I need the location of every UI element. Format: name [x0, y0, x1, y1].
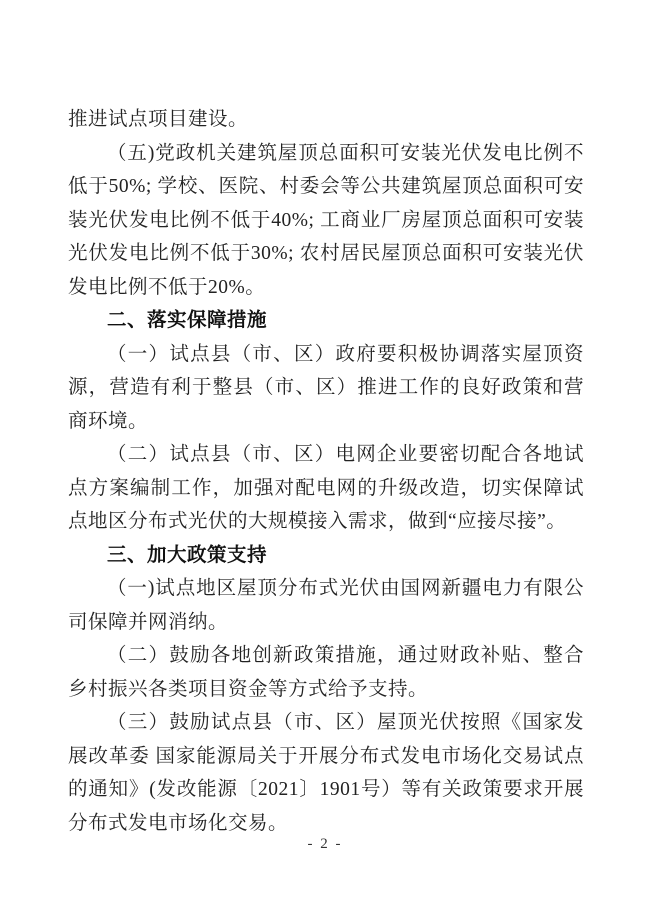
section-heading: 二、落实保障措施 — [68, 304, 584, 338]
paragraph: （一)试点地区屋顶分布式光伏由国网新疆电力有限公司保障并网消纳。 — [68, 572, 584, 639]
page-number: - 2 - — [0, 836, 650, 853]
paragraph: （一）试点县（市、区）政府要积极协调落实屋顶资源，营造有利于整县（市、区）推进工… — [68, 338, 584, 439]
paragraph: （二）试点县（市、区）电网企业要密切配合各地试点方案编制工作，加强对配电网的升级… — [68, 438, 584, 539]
paragraph: （二）鼓励各地创新政策措施，通过财政补贴、整合乡村振兴各类项目资金等方式给予支持… — [68, 639, 584, 706]
document-body: 推进试点项目建设。 （五)党政机关建筑屋顶总面积可安装光伏发电比例不低于50%;… — [68, 103, 584, 840]
document-page: 推进试点项目建设。 （五)党政机关建筑屋顶总面积可安装光伏发电比例不低于50%;… — [0, 0, 650, 919]
paragraph: （五)党政机关建筑屋顶总面积可安装光伏发电比例不低于50%; 学校、医院、村委会… — [68, 137, 584, 305]
paragraph: （三）鼓励试点县（市、区）屋顶光伏按照《国家发展改革委 国家能源局关于开展分布式… — [68, 706, 584, 840]
paragraph: 推进试点项目建设。 — [68, 103, 584, 137]
section-heading: 三、加大政策支持 — [68, 539, 584, 573]
